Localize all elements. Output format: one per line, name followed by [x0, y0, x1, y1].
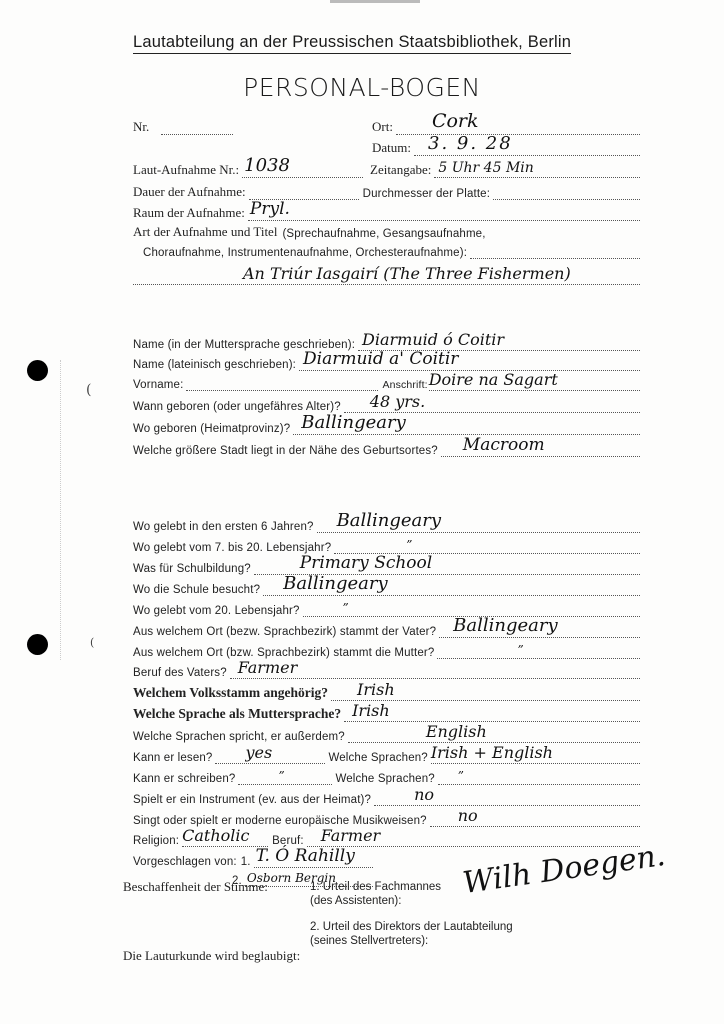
muttersprache-field[interactable]: Irish — [344, 704, 640, 722]
zeitangabe-row: Zeitangabe: 5 Uhr 45 Min — [370, 160, 640, 178]
religion-field[interactable]: Catholic — [182, 829, 268, 847]
sprachen-ausserdem-label: Welche Sprachen spricht, er außerdem? — [133, 731, 345, 743]
urteil-2-line1: 2. Urteil des Direktors der Lautabteilun… — [310, 920, 513, 934]
art-label-types: (Sprechaufnahme, Gesangsaufnahme, — [282, 228, 485, 240]
stadt-field[interactable]: Macroom — [441, 439, 640, 457]
muttersprache-label: Welche Sprache als Muttersprache? — [133, 706, 341, 722]
lesen-label: Kann er lesen? — [133, 752, 212, 764]
lesen-sprachen-field[interactable]: Irish + English — [431, 746, 640, 764]
beglaubigt-label: Die Lauturkunde wird beglaubigt: — [123, 949, 300, 963]
mutter-ort-field[interactable]: ” — [437, 641, 640, 659]
raum-label: Raum der Aufnahme: — [133, 205, 245, 221]
geboren-wo-row: Wo geboren (Heimatprovinz)? Ballingeary — [133, 417, 640, 435]
urteil-1-line2: (des Assistenten): — [310, 894, 401, 908]
religion-row: Religion: Catholic Beruf: Farmer — [133, 829, 640, 847]
dauer-row: Dauer der Aufnahme: Durchmesser der Plat… — [133, 182, 640, 200]
lesen-sprachen-label: Welche Sprachen? — [328, 752, 427, 764]
beruf-field[interactable]: Farmer — [307, 829, 640, 847]
muttersprache-row: Welche Sprache als Muttersprache? Irish — [133, 704, 640, 722]
raum-field[interactable]: Pryl. — [248, 203, 640, 221]
schreiben-sprachen-label: Welche Sprachen? — [335, 773, 434, 785]
director-signature: Wilh Doegen. — [461, 838, 668, 901]
dauer-field[interactable] — [249, 182, 359, 200]
schreiben-row: Kann er schreiben? ” Welche Sprachen? ” — [133, 767, 640, 785]
margin-guide — [60, 360, 61, 660]
vorgeschlagen-label: Vorgeschlagen von: — [133, 856, 237, 868]
ab-20-row: Wo gelebt vom 20. Lebensjahr? ” — [133, 599, 640, 617]
schreiben-label: Kann er schreiben? — [133, 773, 235, 785]
institution-header: Lautabteilung an der Preussischen Staats… — [133, 33, 571, 54]
laut-aufnahme-row: Laut-Aufnahme Nr.: 1038 — [133, 160, 363, 178]
religion-label: Religion: — [133, 835, 179, 847]
ab-20-label: Wo gelebt vom 20. Lebensjahr? — [133, 605, 300, 617]
name-latein-row: Name (lateinisch geschrieben): Diarmuid … — [133, 353, 640, 371]
art-label-types-2: Choraufnahme, Instrumentenaufnahme, Orch… — [143, 247, 467, 259]
jahre-7-20-field[interactable]: ” — [334, 536, 640, 554]
instrument-row: Spielt er ein Instrument (ev. aus der He… — [133, 788, 640, 806]
volksstamm-label: Welchem Volksstamm angehörig? — [133, 685, 328, 701]
musik-label: Singt oder spielt er moderne europäische… — [133, 815, 427, 827]
stadt-label: Welche größere Stadt liegt in der Nähe d… — [133, 445, 438, 457]
vater-ort-label: Aus welchem Ort (bezw. Sprachbezirk) sta… — [133, 626, 436, 638]
nr-field[interactable] — [161, 117, 233, 135]
vorname-field[interactable] — [186, 373, 378, 391]
vorname-label: Vorname: — [133, 379, 183, 391]
pencil-mark: ( — [90, 636, 94, 649]
sprachen-ausserdem-row: Welche Sprachen spricht, er außerdem? En… — [133, 725, 640, 743]
beruf-vater-field[interactable]: Farmer — [230, 661, 640, 679]
anschrift-field[interactable]: Doire na Sagart — [429, 373, 640, 391]
art-label-row-2: Choraufnahme, Instrumentenaufnahme, Orch… — [143, 241, 640, 259]
nr-label: Nr. — [133, 119, 149, 135]
musik-field[interactable]: no — [430, 809, 640, 827]
stadt-row: Welche größere Stadt liegt in der Nähe d… — [133, 439, 640, 457]
art-label-row: Art der Aufnahme und Titel (Sprechaufnah… — [133, 224, 486, 240]
sprachen-ausserdem-field[interactable]: English — [348, 725, 640, 743]
urteil-2-line2: (seines Stellvertreters): — [310, 934, 428, 948]
datum-field[interactable]: 3. 9. 28 — [414, 138, 640, 156]
urteil-1-line1: 1. Urteil des Fachmannes — [310, 880, 441, 894]
art-title-field[interactable]: An Triúr Iasgairí (The Three Fishermen) — [133, 264, 640, 285]
jahre-1-6-row: Wo gelebt in den ersten 6 Jahren? Ballin… — [133, 515, 640, 533]
geboren-wo-label: Wo geboren (Heimatprovinz)? — [133, 423, 290, 435]
form-title: PERSONAL-BOGEN — [0, 73, 724, 102]
vater-ort-row: Aus welchem Ort (bezw. Sprachbezirk) sta… — [133, 620, 640, 638]
beruf-vater-label: Beruf des Vaters? — [133, 667, 227, 679]
name-latein-label: Name (lateinisch geschrieben): — [133, 359, 296, 371]
schule-field[interactable]: Ballingeary — [263, 578, 640, 596]
dauer-label: Dauer der Aufnahme: — [133, 184, 246, 200]
zeitangabe-label: Zeitangabe: — [370, 162, 431, 178]
instrument-label: Spielt er ein Instrument (ev. aus der He… — [133, 794, 371, 806]
volksstamm-field[interactable]: Irish — [331, 683, 640, 701]
ort-label: Ort: — [372, 119, 393, 135]
durchmesser-field[interactable] — [493, 182, 640, 200]
lesen-field[interactable]: yes — [215, 746, 325, 764]
geboren-wo-field[interactable]: Ballingeary — [293, 417, 640, 435]
pencil-mark: ( — [86, 382, 91, 398]
vorgeschlagen-1-label: 1. — [241, 856, 251, 868]
schule-label: Wo die Schule besucht? — [133, 584, 260, 596]
scan-artifact — [330, 0, 420, 3]
schreiben-sprachen-field[interactable]: ” — [438, 767, 640, 785]
schule-row: Wo die Schule besucht? Ballingeary — [133, 578, 640, 596]
zeitangabe-field[interactable]: 5 Uhr 45 Min — [434, 160, 640, 178]
punch-hole-icon — [27, 634, 48, 655]
datum-row: Datum: 3. 9. 28 — [372, 138, 640, 156]
volksstamm-row: Welchem Volksstamm angehörig? Irish — [133, 683, 640, 701]
stimme-label: Beschaffenheit der Stimme: — [123, 880, 268, 894]
mutter-ort-row: Aus welchem Ort (bzw. Sprachbezirk) stam… — [133, 641, 640, 659]
jahre-1-6-label: Wo gelebt in den ersten 6 Jahren? — [133, 521, 314, 533]
document-page: ( ( Lautabteilung an der Preussischen St… — [0, 0, 724, 1024]
schreiben-field[interactable]: ” — [238, 767, 332, 785]
art-field[interactable] — [470, 241, 640, 259]
name-latein-field[interactable]: Diarmuid a' Coitir — [299, 353, 640, 371]
durchmesser-label: Durchmesser der Platte: — [363, 188, 490, 200]
laut-aufnahme-field[interactable]: 1038 — [242, 160, 363, 178]
vorgeschlagen-1-field[interactable]: T. Ó Rahilly — [254, 850, 373, 868]
art-value-row: An Triúr Iasgairí (The Three Fishermen) — [133, 264, 640, 285]
beruf-vater-row: Beruf des Vaters? Farmer — [133, 661, 640, 679]
anschrift-label: Anschrift: — [382, 379, 427, 391]
lesen-row: Kann er lesen? yes Welche Sprachen? Iris… — [133, 746, 640, 764]
raum-row: Raum der Aufnahme: Pryl. — [133, 203, 640, 221]
instrument-field[interactable]: no — [374, 788, 640, 806]
punch-hole-icon — [27, 360, 48, 381]
vorname-row: Vorname: Anschrift: Doire na Sagart — [133, 373, 640, 391]
jahre-1-6-field[interactable]: Ballingeary — [317, 515, 640, 533]
jahre-7-20-row: Wo gelebt vom 7. bis 20. Lebensjahr? ” — [133, 536, 640, 554]
datum-label: Datum: — [372, 140, 411, 156]
schulbildung-label: Was für Schulbildung? — [133, 563, 251, 575]
vater-ort-field[interactable]: Ballingeary — [439, 620, 640, 638]
laut-aufnahme-label: Laut-Aufnahme Nr.: — [133, 162, 239, 178]
vorgeschlagen-1-row: Vorgeschlagen von: 1. T. Ó Rahilly — [133, 850, 373, 868]
art-label: Art der Aufnahme und Titel — [133, 224, 277, 240]
geboren-wann-row: Wann geboren (oder ungefähres Alter)? 48… — [133, 395, 640, 413]
geboren-wann-field[interactable]: 48 yrs. — [344, 395, 640, 413]
musik-row: Singt oder spielt er moderne europäische… — [133, 809, 640, 827]
nr-row: Nr. — [133, 117, 233, 135]
